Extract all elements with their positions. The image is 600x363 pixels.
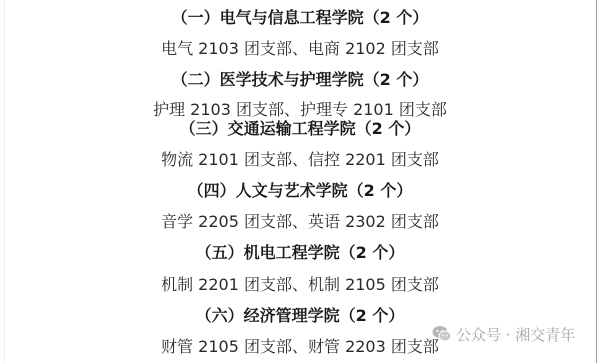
- section-content-4: 音学 2205 团支部、英语 2302 团支部: [0, 211, 600, 233]
- section-content-5: 机制 2201 团支部、机制 2105 团支部: [0, 274, 600, 296]
- section-heading-2: （二）医学技术与护理学院（2 个）: [0, 69, 600, 91]
- section-heading-3: （三）交通运输工程学院（2 个）: [0, 118, 600, 140]
- section-heading-4: （四）人文与艺术学院（2 个）: [0, 180, 600, 202]
- section-heading-5: （五）机电工程学院（2 个）: [0, 242, 600, 264]
- document-page: （一）电气与信息工程学院（2 个） 电气 2103 团支部、电商 2102 团支…: [0, 0, 600, 363]
- watermark-text: 公众号 · 湘交青年: [456, 324, 575, 345]
- wechat-icon: [432, 325, 452, 343]
- section-content-1: 电气 2103 团支部、电商 2102 团支部: [0, 38, 600, 60]
- section-content-3: 物流 2101 团支部、信控 2201 团支部: [0, 149, 600, 171]
- section-heading-1: （一）电气与信息工程学院（2 个）: [0, 7, 600, 29]
- watermark: 公众号 · 湘交青年: [432, 323, 575, 345]
